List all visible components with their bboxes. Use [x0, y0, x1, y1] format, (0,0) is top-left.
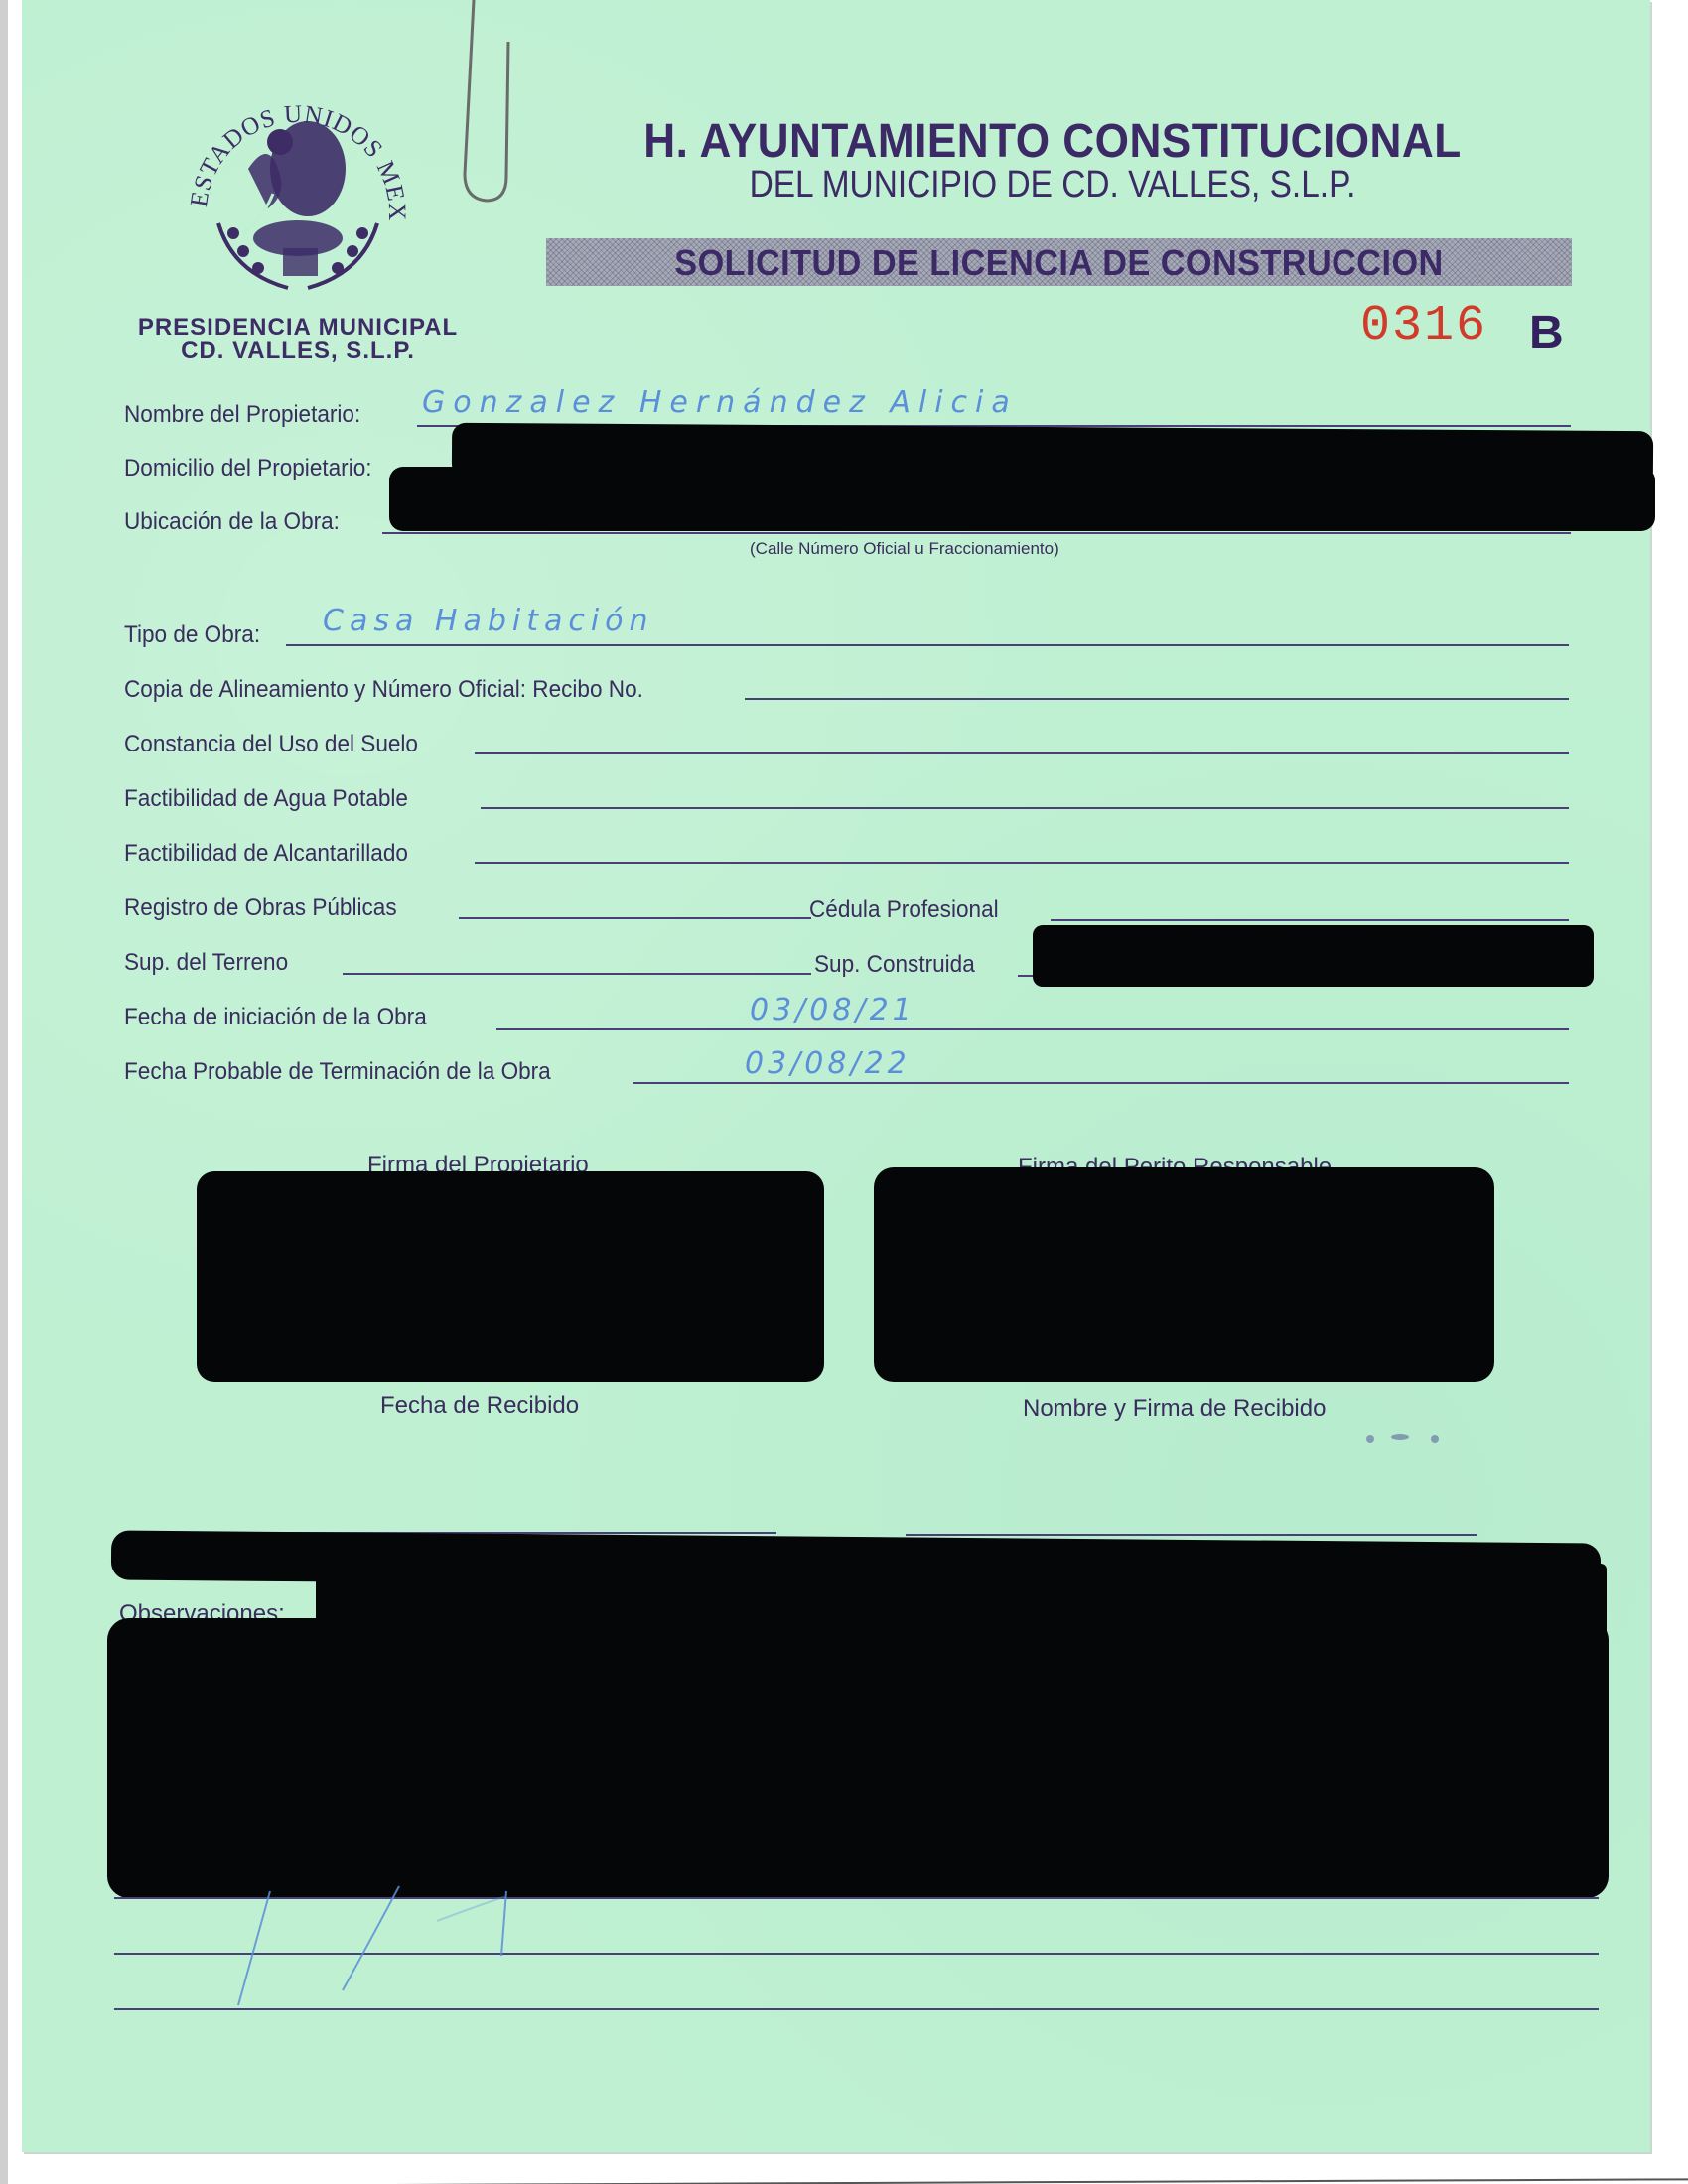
pen-strokes [0, 0, 1688, 2184]
